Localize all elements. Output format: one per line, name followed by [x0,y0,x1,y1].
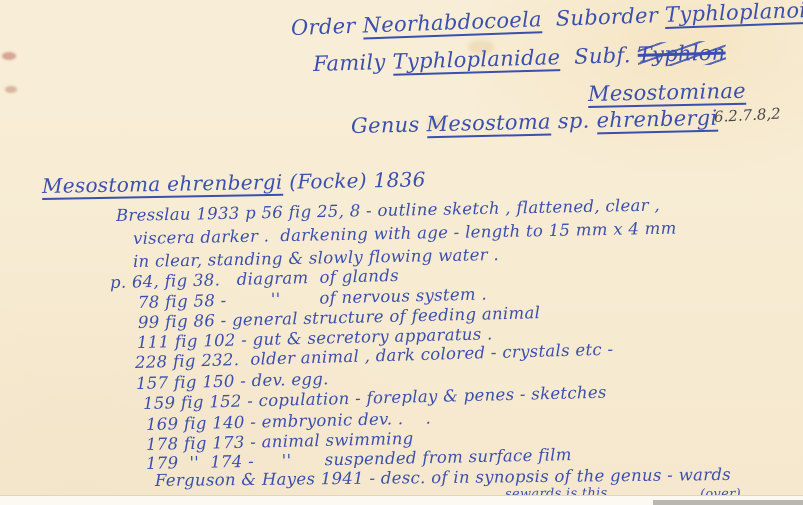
species-name: ehrenbergi [596,106,718,135]
subfamily-struck-word: Typhlon [637,40,725,66]
taxonomy-line-subfamily: Mesostominae [588,79,746,106]
family-label: Family [313,50,393,76]
species-label: sp. [551,108,597,133]
suborder-label: Suborder [541,3,665,31]
subfamily-name: Mesostominae [588,79,746,108]
order-label: Order [291,14,363,40]
genus-name: Mesostoma [426,109,551,138]
catalog-code: 6.2.7.8,2 [714,105,782,126]
taxonomy-line-family: Family Typhloplanidae Subf. Typhlon [313,40,726,76]
family-name: Typhloplanidae [392,45,560,76]
order-name: Neorhabdocoela [362,7,542,39]
red-stain [5,86,17,93]
scan-corner-shadow [653,500,803,505]
genus-label: Genus [351,112,427,138]
subfamily-label: Subf. [560,43,638,69]
taxonomy-line-order: Order Neorhabdocoela Suborder Typhloplan… [291,0,803,40]
index-card-scan: Order Neorhabdocoela Suborder Typhloplan… [0,0,803,505]
species-heading-suffix: (Focke) 1836 [282,167,426,193]
red-stain [2,52,16,60]
taxonomy-line-genus: Genus Mesostoma sp. ehrenbergi [351,106,718,138]
species-heading-title: Mesostoma ehrenbergi [42,170,283,200]
suborder-name: Typhloplanoida [665,0,803,29]
species-heading: Mesostoma ehrenbergi (Focke) 1836 [42,167,426,198]
